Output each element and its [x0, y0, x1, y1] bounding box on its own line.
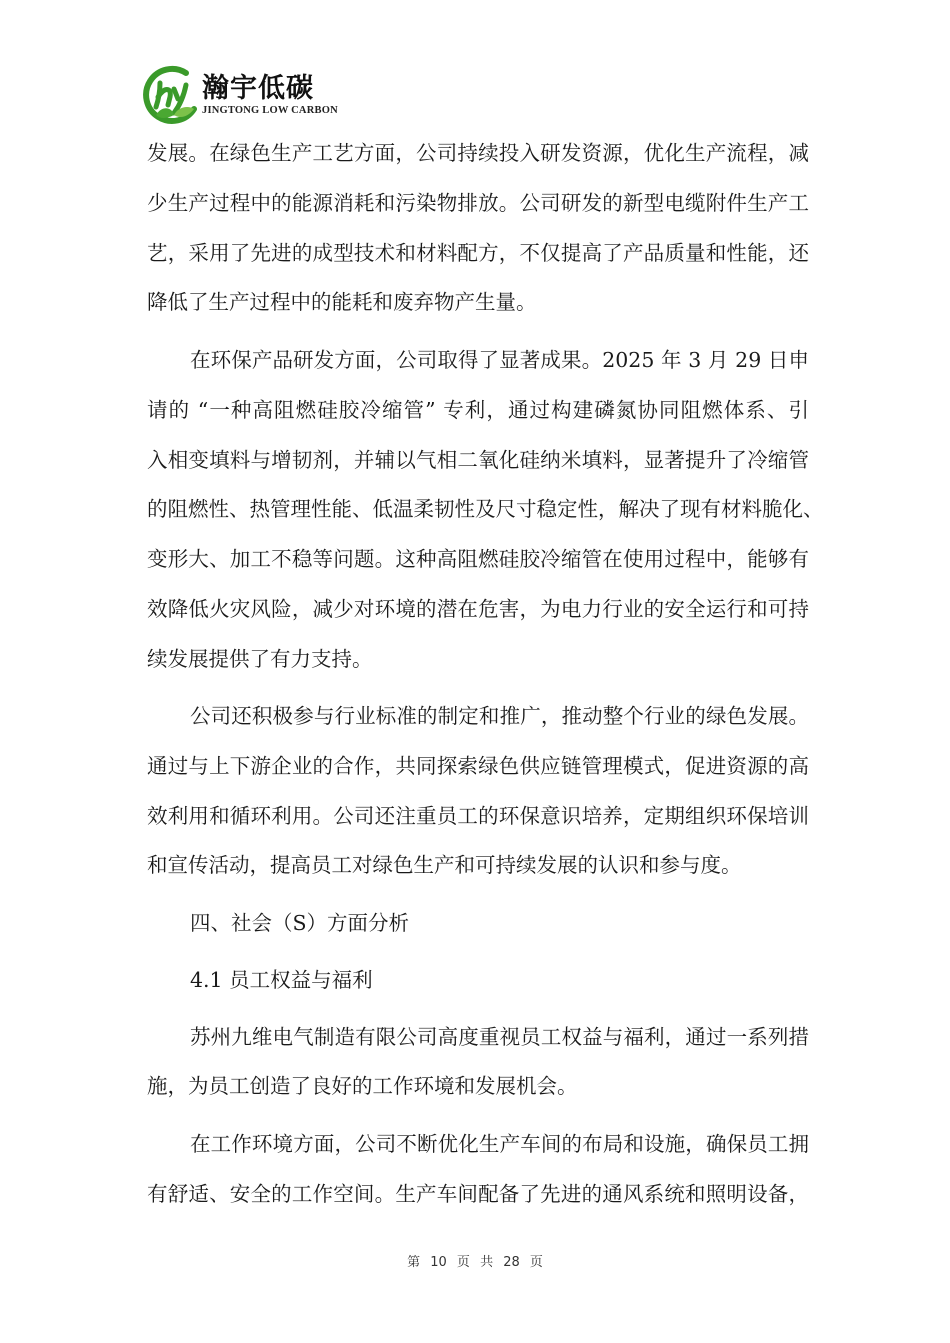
text-line: 请的 “一种高阻燃硅胶冷缩管” 专利，通过构建磷氮协同阻燃体系、引 [147, 396, 809, 424]
text-line: 效降低火灾风险，减少对环境的潜在危害，为电力行业的安全运行和可持 [147, 595, 809, 623]
text-line: 4.1 员工权益与福利 [147, 966, 809, 994]
text-line: 艺，采用了先进的成型技术和材料配方，不仅提高了产品质量和性能，还 [147, 239, 809, 267]
page-number-footer: 第 10 页 共 28 页 [0, 1251, 950, 1270]
logo-text: 瀚宇低碳 JINGTONG LOW CARBON [202, 74, 338, 117]
document-page: 瀚宇低碳 JINGTONG LOW CARBON 发展。在绿色生产工艺方面，公司… [0, 0, 950, 1343]
text-line: 发展。在绿色生产工艺方面，公司持续投入研发资源，优化生产流程，减 [147, 139, 809, 167]
text-line: 施，为员工创造了良好的工作环境和发展机会。 [147, 1072, 809, 1100]
text-line: 变形大、加工不稳等问题。这种高阻燃硅胶冷缩管在使用过程中，能够有 [147, 545, 809, 573]
leaf-hy-logo-icon [142, 65, 200, 125]
brand-name-en: JINGTONG LOW CARBON [202, 105, 338, 117]
text-line: 续发展提供了有力支持。 [147, 645, 809, 673]
text-line: 四、社会（S）方面分析 [147, 909, 809, 937]
brand-name-cn: 瀚宇低碳 [202, 74, 338, 104]
text-line: 有舒适、安全的工作空间。生产车间配备了先进的通风系统和照明设备， [147, 1180, 809, 1208]
text-line: 公司还积极参与行业标准的制定和推广，推动整个行业的绿色发展。 [147, 702, 809, 730]
text-line: 在环保产品研发方面，公司取得了显著成果。2025 年 3 月 29 日申 [147, 346, 809, 374]
text-line: 效利用和循环利用。公司还注重员工的环保意识培养，定期组织环保培训 [147, 802, 809, 830]
text-line: 少生产过程中的能源消耗和污染物排放。公司研发的新型电缆附件生产工 [147, 189, 809, 217]
text-line: 苏州九维电气制造有限公司高度重视员工权益与福利，通过一系列措 [147, 1023, 809, 1051]
text-line: 通过与上下游企业的合作，共同探索绿色供应链管理模式，促进资源的高 [147, 752, 809, 780]
text-line: 在工作环境方面，公司不断优化生产车间的布局和设施，确保员工拥 [147, 1130, 809, 1158]
text-line: 的阻燃性、热管理性能、低温柔韧性及尺寸稳定性，解决了现有材料脆化、 [147, 495, 809, 523]
company-logo: 瀚宇低碳 JINGTONG LOW CARBON [142, 64, 338, 126]
text-line: 降低了生产过程中的能耗和废弃物产生量。 [147, 288, 809, 316]
text-line: 入相变填料与增韧剂，并辅以气相二氧化硅纳米填料，显著提升了冷缩管 [147, 446, 809, 474]
text-line: 和宣传活动，提高员工对绿色生产和可持续发展的认识和参与度。 [147, 851, 809, 879]
